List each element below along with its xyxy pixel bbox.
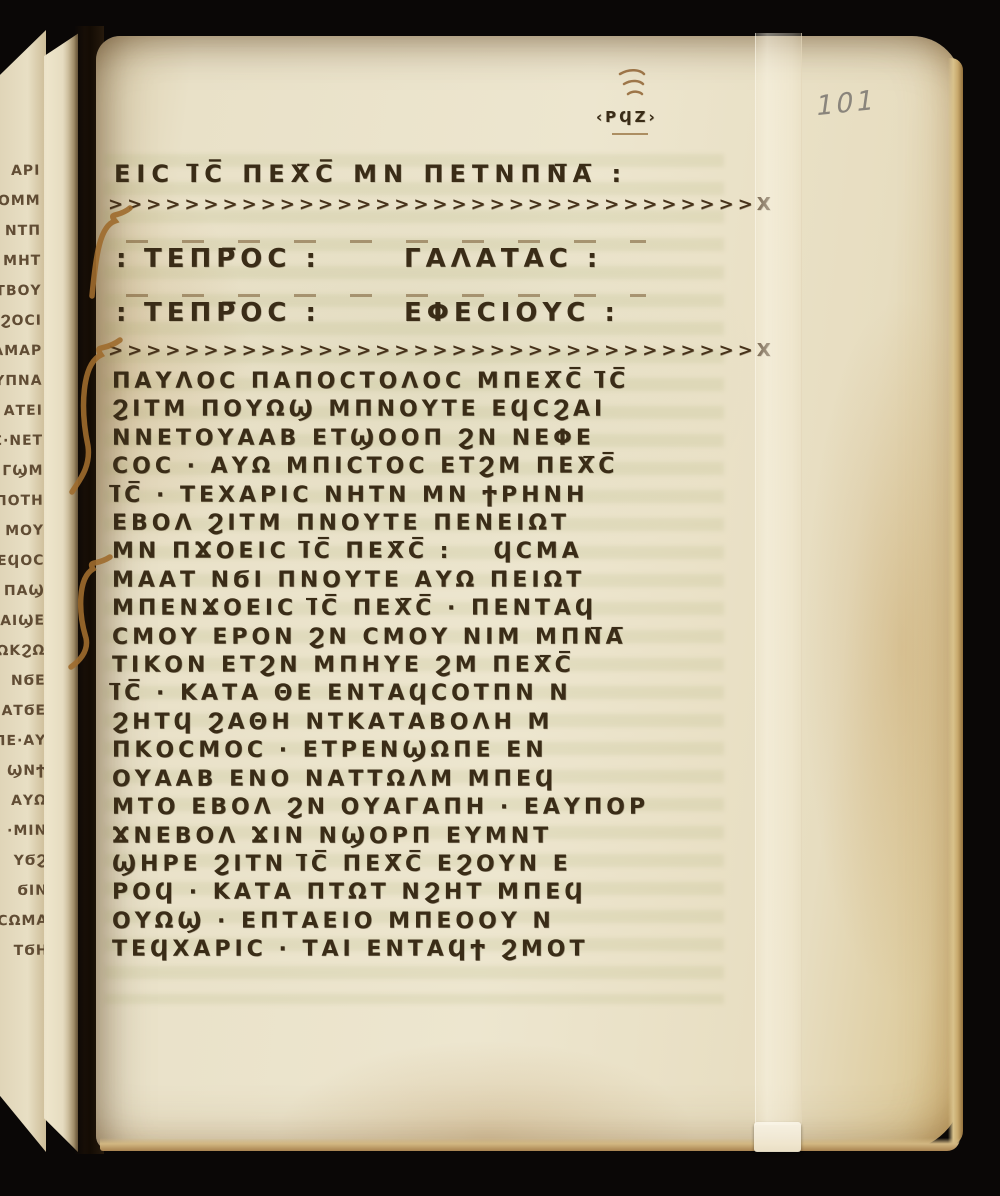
gutter-fragment: ΠΑϢ bbox=[0, 576, 44, 607]
gutter-fragment: C·ΝΕΤ bbox=[0, 426, 43, 457]
gutter-fragment: ΑΜΑΡ bbox=[0, 336, 42, 367]
body-text-line: ΠΑΥΛΟC ΠΑΠΟCΤΟΛΟC ΜΠΕΧ̅C̅ Ι̅C̅ bbox=[112, 368, 649, 396]
body-text-line: ΡΟϤ · ΚΑΤΑ ΠΤΩΤ ΝϨΗΤ ΜΠΕϤ bbox=[112, 879, 649, 907]
repair-tape-fold bbox=[754, 1122, 801, 1152]
body-text-line: CΟC · ΑΥΩ ΜΠΙCΤΟC ΕΤϨΜ ΠΕΧ̅C̅ bbox=[112, 453, 649, 481]
gutter-fragment: ΑΙϢΕ bbox=[0, 606, 45, 637]
gutter-fragment: ΕΠΟΤΗ bbox=[0, 486, 44, 517]
gutter-fragment: ΩΚϨΩ bbox=[0, 636, 45, 667]
facing-page-edge: ΑΡΙ ΟΜΜ ΝΤΠ ΜΗΤ ΤΒΟΥ ΥϨΟCΙ ΑΜΑΡ ΥΠΝΑ ΑΤΕ… bbox=[0, 30, 46, 1152]
body-text-line: ΤΕϤΧΑΡΙC · ΤΑΙ ΕΝΤΑϤϮ ϨΜΟΤ bbox=[112, 936, 649, 964]
gutter-fragment: ΥΠΝΑ bbox=[0, 366, 42, 397]
gutter-fragment: ΝϬΕ bbox=[0, 666, 45, 697]
gutter-fragment: ·ΜΙΝ bbox=[0, 816, 46, 847]
gutter-fragment: ΑΤΕΙ bbox=[0, 396, 43, 427]
body-text-line: ϪΝΕΒΟΛ ϪΙΝ ΝϢΟΡΠ ΕΥΜΝΤ bbox=[112, 823, 649, 851]
body-text-line: ϨΗΤϤ ϨΑΘΗ ΝΤΚΑΤΑΒΟΛΗ Μ bbox=[112, 709, 649, 737]
gutter-fragment: ΕϤΟC bbox=[0, 546, 44, 577]
body-text-line: ϢΗΡΕ ϨΙΤΝ Ι̅C̅ ΠΕΧ̅C̅ ΕϨΟΥΝ Ε bbox=[112, 851, 649, 879]
gutter-fragment: ΓϢΜ bbox=[0, 456, 43, 487]
gutter-fragment: ΜΟΥ bbox=[0, 516, 44, 547]
body-text-block: ΠΑΥΛΟC ΠΑΠΟCΤΟΛΟC ΜΠΕΧ̅C̅ Ι̅C̅ ϨΙΤΜ ΠΟΥΩ… bbox=[112, 368, 649, 965]
repair-tape-strip bbox=[755, 33, 802, 1125]
gutter-fragment: ΑΤϬΕ bbox=[0, 696, 46, 727]
body-text-line: ΜΑΑΤ ΝϬΙ ΠΝΟΥΤΕ ΑΥΩ ΠΕΙΩΤ bbox=[112, 567, 649, 595]
body-text-line: ΜΠΕΝϪΟΕΙC Ι̅C̅ ΠΕΧ̅C̅ · ΠΕΝΤΑϤ bbox=[112, 595, 649, 623]
marginal-flourish-1 bbox=[88, 202, 134, 306]
body-text-line: ΟΥΩϢ · ΕΠΤΑΕΙΟ ΜΠΕΟΟΥ Ν bbox=[112, 908, 649, 936]
gutter-fragment: ΑΥΩ bbox=[0, 786, 46, 817]
explicit-title-galatians: : ΤΕΠΡ̅ΟC : ΓΑΛΑΤΑC : bbox=[96, 244, 816, 286]
body-text-line: ΕΒΟΛ ϨΙΤΜ ΠΝΟΥΤΕ ΠΕΝΕΙΩΤ bbox=[112, 510, 649, 538]
page-edge-bottom bbox=[100, 1138, 960, 1151]
incipit-title-ephesians: : ΤΕΠΡ̅ΟC : ΕΦΕCΙΟΥC : bbox=[96, 298, 816, 340]
marginal-flourish-3 bbox=[66, 552, 116, 676]
gutter-fragment: ΝΤΠ bbox=[0, 216, 41, 247]
gutter-fragment: ΥϬϨ bbox=[0, 846, 46, 877]
gutter-fragment: ΤΒΟΥ bbox=[0, 276, 41, 307]
manuscript-photo: ΑΡΙ ΟΜΜ ΝΤΠ ΜΗΤ ΤΒΟΥ ΥϨΟCΙ ΑΜΑΡ ΥΠΝΑ ΑΤΕ… bbox=[0, 0, 1000, 1196]
manuscript-page: ‹ΡϤΖ› 101 ΕΙC Ι̅C̅ ΠΕΧ̅C̅ ΜΝ ΠΕΤΝΠΝ̅Α̅ :… bbox=[96, 36, 962, 1150]
body-text-line: ΠΚΟCΜΟC · ΕΤΡΕΝϢΩΠΕ ΕΝ bbox=[112, 737, 649, 765]
title-ephesians-label: ΕΦΕCΙΟΥC : bbox=[404, 298, 620, 328]
gutter-fragment: ΠΕ·ΑΥ bbox=[0, 726, 46, 757]
title-ornament-dashes-2 bbox=[126, 294, 646, 297]
page-edge-right bbox=[948, 58, 963, 1146]
gutter-fragment: ΑΡΙ bbox=[0, 156, 40, 187]
body-text-line: ΜΤΟ ΕΒΟΛ ϨΝ ΟΥΑΓΑΠΗ · ΕΑΥΠΟΡ bbox=[112, 794, 649, 822]
body-text-line: Ι̅C̅ · ΚΑΤΑ ΘΕ ΕΝΤΑϤCΟΤΠΝ Ν bbox=[112, 680, 649, 708]
gutter-fragment: ΜΗΤ bbox=[0, 246, 41, 277]
divider-chevron-row-1: >>>>>>>>>>>>>>>>>>>>>>>>>>>>>>>>>>X bbox=[108, 194, 775, 215]
body-text-line: ΜΝ ΠϪΟΕΙC Ι̅C̅ ΠΕΧ̅C̅ : ϤCΜΑ bbox=[112, 538, 649, 566]
title-pros-label: ΤΕΠΡ̅ΟC : bbox=[144, 298, 321, 328]
running-header-line: ΕΙC Ι̅C̅ ΠΕΧ̅C̅ ΜΝ ΠΕΤΝΠΝ̅Α̅ : bbox=[114, 160, 627, 188]
body-text-line: ΝΝΕΤΟΥΑΑΒ ΕΤϢΟΟΠ ϨΝ ΝΕΦΕ bbox=[112, 425, 649, 453]
body-text-line: Ι̅C̅ · ΤΕΧΑΡΙC ΝΗΤΝ ΜΝ ϮΡΗΝΗ bbox=[112, 482, 649, 510]
gutter-fragment: CΩΜΑ bbox=[0, 906, 46, 937]
gutter-fragment: ϢΝϮ bbox=[0, 756, 46, 787]
title-galatians-label: ΓΑΛΑΤΑC : bbox=[404, 244, 602, 274]
body-text-line: ϨΙΤΜ ΠΟΥΩϢ ΜΠΝΟΥΤΕ ΕϤCϨΑΙ bbox=[112, 396, 649, 424]
divider-chevron-row-2: >>>>>>>>>>>>>>>>>>>>>>>>>>>>>>>>>>X bbox=[108, 340, 775, 361]
body-text-line: ΟΥΑΑΒ ΕΝΟ ΝΑΤΤΩΛΜ ΜΠΕϤ bbox=[112, 766, 649, 794]
body-text-line: ΤΙΚΟΝ ΕΤϨΝ ΜΠΗΥΕ ϨΜ ΠΕΧ̅C̅ bbox=[112, 652, 649, 680]
facing-page-line-ends: ΑΡΙ ΟΜΜ ΝΤΠ ΜΗΤ ΤΒΟΥ ΥϨΟCΙ ΑΜΑΡ ΥΠΝΑ ΑΤΕ… bbox=[0, 156, 46, 967]
gutter-fragment: ϬΙΝ bbox=[0, 876, 46, 907]
gutter-fragment: ΟΜΜ bbox=[0, 186, 40, 217]
gutter-fragment: ΥϨΟCΙ bbox=[0, 306, 42, 337]
coptic-quire-number: ‹ΡϤΖ› bbox=[596, 108, 658, 126]
body-text-line: CΜΟΥ ΕΡΟΝ ϨΝ CΜΟΥ ΝΙΜ ΜΠΝ̅Α̅ bbox=[112, 624, 649, 652]
gutter-fragment: ΤϬΗ bbox=[0, 936, 46, 967]
pencil-folio-number: 101 bbox=[814, 85, 879, 123]
quire-mark-underline bbox=[612, 133, 648, 135]
title-pros-label: ΤΕΠΡ̅ΟC : bbox=[144, 244, 321, 274]
title-ornament-dashes-1 bbox=[126, 240, 646, 243]
quire-ornament-squiggle bbox=[610, 66, 650, 106]
